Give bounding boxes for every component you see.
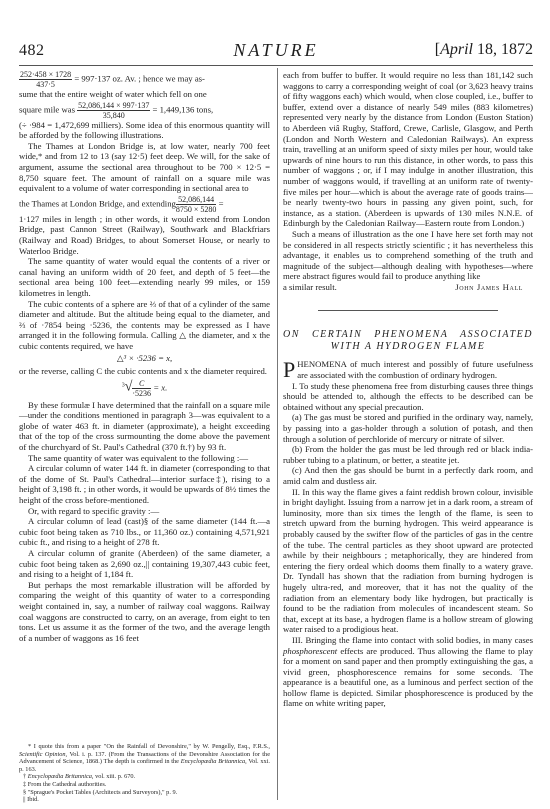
paragraph: III. Bringing the flame into contact wit… xyxy=(283,635,533,709)
radical-sign-icon: √ xyxy=(125,379,133,394)
fraction-denominator: ·5236 xyxy=(132,389,151,398)
footnotes: * I quote this from a paper "On the Rain… xyxy=(19,743,270,804)
paragraph: The Thames at London Bridge is, at low w… xyxy=(19,141,270,194)
paragraph: But perhaps the most remarkable illustra… xyxy=(19,580,270,644)
paragraph-end: a similar result. xyxy=(283,282,337,293)
fraction-numerator: 52,086,144 xyxy=(176,195,217,205)
footnote-text: * I quote this from a paper "On the Rain… xyxy=(28,743,270,750)
signature-row: a similar result. John James Hall xyxy=(283,282,533,293)
fraction-denominator: 437·5 xyxy=(19,80,72,89)
issue-date: [April 18, 1872 xyxy=(435,41,533,59)
paragraph: (a) The gas must be stored and purified … xyxy=(283,412,533,444)
emphasis: phosphorescent xyxy=(283,646,337,656)
equation-text: = 997·137 oz. Av. ; hence we may as- xyxy=(72,74,205,84)
fraction-numerator: 252·458 × 1728 xyxy=(19,70,72,80)
paragraph-text: III. Bringing the flame into contact wit… xyxy=(292,635,533,645)
author-signature: John James Hall xyxy=(455,282,533,293)
paragraph: II. In this way the flame gives a faint … xyxy=(283,487,533,635)
paragraph: The same quantity of water was equivalen… xyxy=(19,453,270,464)
paragraph: A circular column of lead (cast)§ of the… xyxy=(19,516,270,548)
footnote: || Ibid. xyxy=(19,796,270,804)
header-rule xyxy=(19,65,533,66)
equation-text: square mile was xyxy=(19,104,77,114)
paragraph: Such a means of illustration as the one … xyxy=(283,229,533,282)
footnote-citation: Scientific Opinion xyxy=(19,751,66,758)
equation-text: = x. xyxy=(151,382,167,392)
article-separator xyxy=(318,310,498,311)
paragraph: 1·127 miles in length ; in other words, … xyxy=(19,214,270,256)
equation-tons: square mile was 52,086,144 × 997·13735,8… xyxy=(19,101,270,120)
fraction-numerator: C xyxy=(132,379,151,389)
paragraph: (÷ ·984 = 1,472,699 milliers). Some idea… xyxy=(19,120,270,141)
date-month: April xyxy=(440,41,473,58)
paragraph: A circular column of water 144 ft. in di… xyxy=(19,463,270,505)
formula-cube-root: 3√C·5236 = x. xyxy=(19,379,270,398)
right-column: each from buffer to buffer. It would req… xyxy=(283,70,533,709)
left-column: 252·458 × 1728437·5 = 997·137 oz. Av. ; … xyxy=(19,70,270,643)
lead-text: HENOMENA of much interest and possibly o… xyxy=(297,359,533,380)
formula-sphere: △³ × ·5236 = x, xyxy=(19,353,270,364)
equation-length: the Thames at London Bridge, and extendi… xyxy=(19,195,270,214)
drop-cap: P xyxy=(283,359,297,379)
fraction: 52,086,1448750 × 5280 xyxy=(176,195,217,214)
article-title-line: WITH A HYDROGEN FLAME xyxy=(283,341,533,353)
fraction-denominator: 8750 × 5280 xyxy=(176,205,217,214)
equation-weight: 252·458 × 1728437·5 = 997·137 oz. Av. ; … xyxy=(19,70,270,89)
equation-text: = 1,449,136 tons, xyxy=(150,104,213,114)
date-day-year: 18, 1872 xyxy=(473,41,533,58)
equation-text: = xyxy=(216,198,223,208)
page-header: 482 NATURE [April 18, 1872 xyxy=(19,40,533,64)
fraction-denominator: 35,840 xyxy=(77,111,150,120)
paragraph: The same quantity of water would equal t… xyxy=(19,256,270,298)
paragraph: each from buffer to buffer. It would req… xyxy=(283,70,533,229)
column-divider xyxy=(277,68,278,800)
footnote-citation: Encyclopædia Britannica xyxy=(181,758,245,765)
paragraph: I. To study these phenomena free from di… xyxy=(283,381,533,413)
fraction: 252·458 × 1728437·5 xyxy=(19,70,72,89)
article-lead-paragraph: PHENOMENA of much interest and possibly … xyxy=(283,359,533,380)
footnote: † Encyclopædia Britannica, vol. xiii. p.… xyxy=(19,773,270,781)
journal-page: 482 NATURE [April 18, 1872 252·458 × 172… xyxy=(0,0,550,809)
footnote-text: , vol. xiii. p. 670. xyxy=(92,773,135,780)
paragraph: or the reverse, calling C the cubic cont… xyxy=(19,366,270,377)
footnote-citation: Encyclopædia Britannica xyxy=(28,773,92,780)
article-title-line: ON CERTAIN PHENOMENA ASSOCIATED xyxy=(283,329,533,341)
fraction: 52,086,144 × 997·13735,840 xyxy=(77,101,150,120)
paragraph: By these formulæ I have determined that … xyxy=(19,400,270,453)
footnote: * I quote this from a paper "On the Rain… xyxy=(19,743,270,773)
fraction: C·5236 xyxy=(132,379,151,398)
paragraph: The cubic contents of a sphere are ⅔ of … xyxy=(19,299,270,352)
paragraph: Or, with regard to specific gravity :— xyxy=(19,506,270,517)
article-title: ON CERTAIN PHENOMENA ASSOCIATED WITH A H… xyxy=(283,329,533,353)
paragraph: (b) From the holder the gas must be led … xyxy=(283,444,533,465)
fraction-numerator: 52,086,144 × 997·137 xyxy=(77,101,150,111)
paragraph: A circular column of granite (Aberdeen) … xyxy=(19,548,270,580)
equation-text: the Thames at London Bridge, and extendi… xyxy=(19,198,176,208)
paragraph: sume that the entire weight of water whi… xyxy=(19,89,270,100)
footnote: ‡ From the Cathedral authorities. xyxy=(19,781,270,789)
paragraph: (c) And then the gas should be burnt in … xyxy=(283,465,533,486)
footnote: § "Sprague's Pocket Tables (Architects a… xyxy=(19,789,270,797)
